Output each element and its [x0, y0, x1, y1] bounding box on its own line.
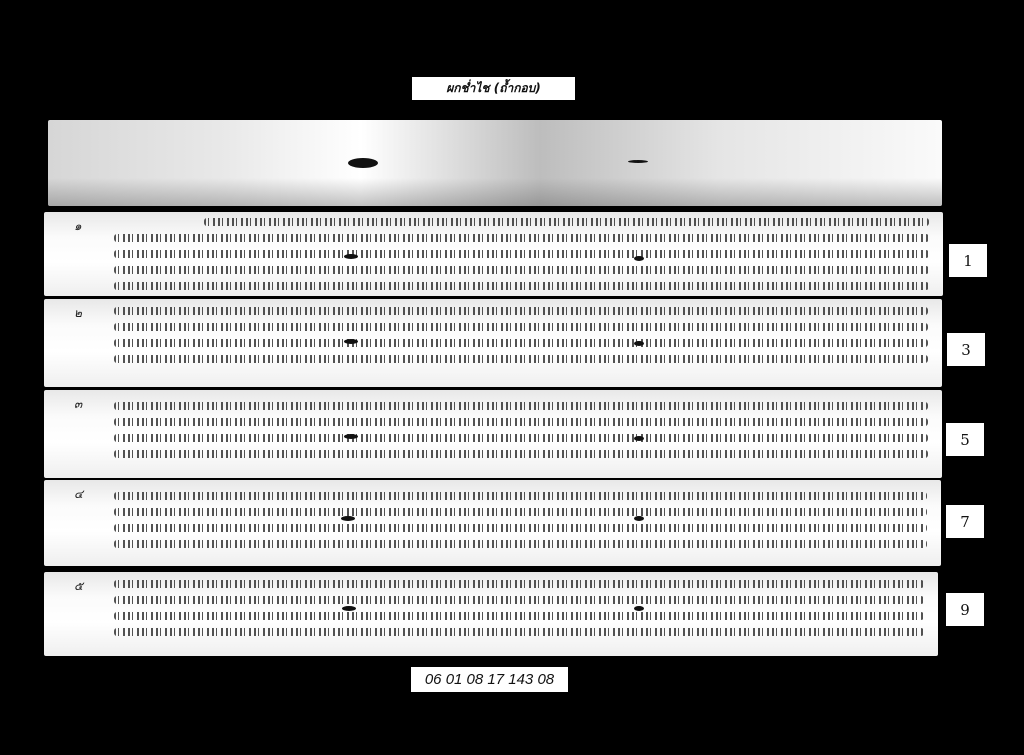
binding-hole-mark	[634, 516, 644, 521]
script-line	[114, 337, 928, 349]
script-line	[114, 594, 924, 606]
script-line	[114, 280, 929, 292]
manuscript-leaf-9: ๕	[44, 572, 938, 656]
script-line	[114, 248, 929, 260]
binding-hole-mark	[344, 254, 358, 259]
script-line	[114, 305, 928, 317]
script-line	[114, 506, 927, 518]
script-line	[114, 353, 928, 365]
binding-hole-mark	[348, 158, 378, 168]
page-number-label: 3	[947, 333, 985, 366]
binding-hole-mark	[344, 339, 358, 344]
leaf-side-numeral: ๑	[74, 218, 82, 235]
manuscript-leaf-5: ๓	[44, 390, 942, 478]
manuscript-leaf-1: ๑	[44, 212, 943, 296]
binding-hole-mark	[634, 606, 644, 611]
binding-hole-mark	[634, 436, 644, 441]
leaf-side-numeral: ๓	[74, 396, 82, 413]
leaf-side-numeral: ๕	[74, 578, 83, 595]
page-number-label: 7	[946, 505, 984, 538]
script-line	[204, 216, 929, 228]
script-line	[114, 610, 924, 622]
script-line	[114, 321, 928, 333]
leaf-side-numeral: ๔	[74, 486, 83, 503]
manuscript-leaf-3: ๒	[44, 299, 942, 387]
script-line	[114, 400, 928, 412]
binding-hole-mark	[628, 160, 648, 163]
binding-hole-mark	[344, 434, 358, 439]
script-line	[114, 522, 927, 534]
binding-hole-mark	[341, 516, 355, 521]
script-line	[114, 448, 928, 460]
script-line	[114, 416, 928, 428]
script-line	[114, 232, 929, 244]
binding-hole-mark	[634, 341, 644, 346]
page-number-label: 1	[949, 244, 987, 277]
binding-hole-mark	[634, 256, 644, 261]
script-line	[114, 538, 927, 550]
script-line	[114, 432, 928, 444]
binding-hole-mark	[342, 606, 356, 611]
leaf-side-numeral: ๒	[74, 305, 82, 322]
script-line	[114, 264, 929, 276]
catalog-id-label: 06 01 08 17 143 08	[411, 667, 568, 692]
manuscript-leaf-cover	[48, 120, 942, 206]
manuscript-title-label: ผกช่ำไช (ถ้ำกอบ)	[412, 77, 575, 100]
page-number-label: 9	[946, 593, 984, 626]
manuscript-leaf-7: ๔	[44, 480, 941, 566]
script-line	[114, 490, 927, 502]
script-line	[114, 626, 924, 638]
page-number-label: 5	[946, 423, 984, 456]
script-line	[114, 578, 924, 590]
